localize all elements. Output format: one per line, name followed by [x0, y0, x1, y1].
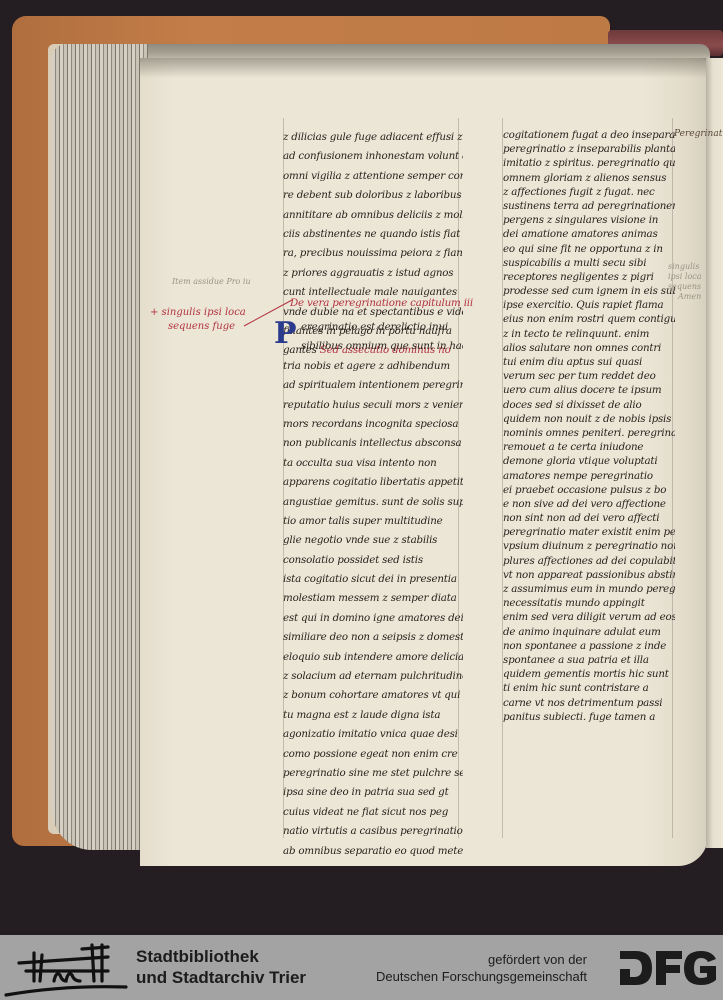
text-line: vt non appareat passionibus abstinet	[503, 568, 675, 582]
faint-note-line: ipsi loca	[668, 272, 702, 282]
text-line: cogitationem fugat a deo inseparabili	[503, 128, 675, 142]
text-line: cuius videat ne fiat sicut nos peg	[283, 803, 463, 822]
text-line: eloquio sub intendere amore deliciarum	[283, 648, 463, 667]
margin-note-line: + singulis ipsi loca	[150, 306, 246, 320]
text-line: non spontanee a passione z inde	[503, 639, 675, 653]
funder-line-1: gefördert von der	[376, 951, 587, 968]
text-line: vpsium diuinum z peregrinatio non	[503, 539, 675, 553]
text-line: verum sec per tum reddet deo	[503, 369, 675, 383]
text-line: imitatio z spiritus. peregrinatio quam	[503, 156, 675, 170]
margin-note-line: sequens fuge	[150, 320, 246, 334]
text-line: agonizatio imitatio vnica quae desi	[283, 725, 463, 744]
funder-text: gefördert von der Deutschen Forschungsge…	[376, 951, 587, 985]
faint-note-line: sequens	[668, 282, 702, 292]
text-line: peregrinatio sine me stet pulchre sed	[283, 764, 463, 783]
text-line: panitus subiecti. fuge tamen a	[503, 710, 675, 724]
text-line: prodesse sed cum ignem in eis sub	[503, 284, 675, 298]
text-line: sustinens terra ad peregrinationem	[503, 199, 675, 213]
text-line: tria nobis et agere z adhibendum	[283, 357, 463, 376]
text-line: quidem non nouit z de nobis ipsis	[503, 412, 675, 426]
page-shadow	[140, 58, 708, 78]
text-line: demone gloria vtique voluptati	[503, 454, 675, 468]
text-line: z dilicias gule fuge adiacent effusi z	[283, 128, 463, 147]
margin-note-red: + singulis ipsi loca sequens fuge	[150, 306, 246, 334]
text-line: ab omnibus separatio eo quod metem z	[283, 842, 463, 861]
text-line: dei amatione amatores animas	[503, 227, 675, 241]
text-line: molestiam messem z semper diata	[283, 589, 463, 608]
text-line: ista cogitatio sicut dei in presentia	[283, 570, 463, 589]
faint-margin-note: Item assidue Pro iu	[172, 277, 251, 287]
text-line: reputatio huius seculi mors z veniens	[283, 396, 463, 415]
text-line: non sint non ad dei vero affecti	[503, 511, 675, 525]
text-line: quidem gementis mortis hic sunt	[503, 667, 675, 681]
text-line: glie negotio vnde sue z stabilis	[283, 531, 463, 550]
text-line: re debent sub doloribus z laboribus z ce	[283, 186, 463, 205]
text-line: uero cum alius docere te ipsum	[503, 383, 675, 397]
stacked-page-edges	[52, 44, 148, 850]
text-line: pergens z singulares visione in	[503, 213, 675, 227]
text-line: ti enim hic sunt contristare a	[503, 681, 675, 695]
text-line: tio amor talis super multitudine	[283, 512, 463, 531]
chapter-heading: De vera peregrinatione capitulum iii	[290, 294, 490, 313]
funder-line-2: Deutschen Forschungsgemeinschaft	[376, 968, 587, 985]
text-line: carne vt nos detrimentum passi	[503, 696, 675, 710]
text-line: ipse exercitio. Quis rapiet flama	[503, 298, 675, 312]
text-line: sibilibus omnium que sunt in hac pa	[283, 337, 463, 356]
text-line: receptores negligentes z pigri	[503, 270, 675, 284]
text-column-left-bottom: eregrinatio est derelictio inui sibilibu…	[283, 318, 463, 861]
text-line: ipsa sine deo in patria sua sed gt	[283, 783, 463, 802]
text-line: ra, precibus nouissima peiora z fiant	[283, 244, 463, 263]
text-line: z in tecto te relinquunt. enim	[503, 327, 675, 341]
library-name-line-1: Stadtbibliothek	[136, 946, 306, 967]
text-line: como possione egeat non enim cre	[283, 745, 463, 764]
rubric-heading: De vera peregrinatione capitulum iii	[290, 294, 490, 313]
manuscript-photo: z dilicias gule fuge adiacent effusi z a…	[0, 0, 723, 935]
text-line: z priores aggrauatis z istud agnos	[283, 264, 463, 283]
text-line: est qui in domino igne amatores dei	[283, 609, 463, 628]
faint-margin-note-right: singulis ipsi loca sequens Amen	[668, 262, 702, 302]
margin-note-right: Peregrinatio	[674, 127, 723, 141]
text-line: eo qui sine fit ne opportuna z in	[503, 242, 675, 256]
text-line: annititare ab omnibus deliciis z molli	[283, 206, 463, 225]
text-line: z assumimus eum in mundo peregrinatio	[503, 582, 675, 596]
facing-page-sliver	[706, 58, 723, 848]
text-line: angustiae gemitus. sunt de solis supra	[283, 493, 463, 512]
text-line: amatores nempe peregrinatio	[503, 469, 675, 483]
dfg-logo-icon	[618, 949, 718, 987]
text-line: omni vigilia z attentione semper contra	[283, 167, 463, 186]
text-line: consolatio possidet sed istis	[283, 551, 463, 570]
text-line: peregrinatio z inseparabilis plantatus	[503, 142, 675, 156]
text-line: enim sed vera diligit verum ad eos	[503, 610, 675, 624]
text-line: doces sed si dixisset de alio	[503, 398, 675, 412]
footer-bar: Stadtbibliothek und Stadtarchiv Trier ge…	[0, 935, 723, 1000]
text-line: plures affectiones ad dei copulabit	[503, 554, 675, 568]
text-line: z bonum cohortare amatores vt qui	[283, 686, 463, 705]
text-line: omnem gloriam z alienos sensus	[503, 171, 675, 185]
stadtbibliothek-trier-logo-icon	[4, 941, 130, 997]
text-line: natio virtutis a casibus peregrinatio e	[283, 822, 463, 841]
text-line: de animo inquinare adulat eum	[503, 625, 675, 639]
text-line: similiare deo non a seipsis z domestici	[283, 628, 463, 647]
faint-note-line: Amen	[668, 292, 702, 302]
library-name: Stadtbibliothek und Stadtarchiv Trier	[136, 946, 306, 988]
text-line: eius non enim rostri quem contigua	[503, 312, 675, 326]
library-name-line-2: und Stadtarchiv Trier	[136, 967, 306, 988]
text-line: remouet a te certa iniudone	[503, 440, 675, 454]
text-line: e non sive ad dei vero affectione	[503, 497, 675, 511]
text-line: peregrinatio mater existit enim per	[503, 525, 675, 539]
text-line: ciis abstinentes ne quando istis fiat pr…	[283, 225, 463, 244]
text-line: tui enim diu aptus sui quasi	[503, 355, 675, 369]
faint-note-line: singulis	[668, 262, 702, 272]
margin-note-pointer	[240, 294, 300, 334]
text-line: alios salutare non omnes contri	[503, 341, 675, 355]
text-line: suspicabilis a multi secu sibi	[503, 256, 675, 270]
text-line: tu magna est z laude digna ista	[283, 706, 463, 725]
text-line: z affectiones fugit z fugat. nec	[503, 185, 675, 199]
text-line: necessitatis mundo appingit	[503, 596, 675, 610]
text-line: apparens cogitatio libertatis appetitio	[283, 473, 463, 492]
text-line: ad confusionem inhonestam volunt attrahi…	[283, 147, 463, 166]
text-line: spontanee a sua patria et illa	[503, 653, 675, 667]
text-line: ei praebet occasione pulsus z bo	[503, 483, 675, 497]
text-column-right: cogitationem fugat a deo inseparabili pe…	[503, 128, 675, 724]
text-line: ad spiritualem intentionem peregrinatio …	[283, 376, 463, 395]
text-line: mors recordans incognita speciosa	[283, 415, 463, 434]
text-line: z solacium ad eternam pulchritudinem	[283, 667, 463, 686]
text-line: nominis omnes peniteri. peregrinatio	[503, 426, 675, 440]
text-line: non publicanis intellectus absconsa dict…	[283, 434, 463, 453]
text-line: eregrinatio est derelictio inui	[283, 318, 463, 337]
text-line: ta occulta sua visa intento non	[283, 454, 463, 473]
